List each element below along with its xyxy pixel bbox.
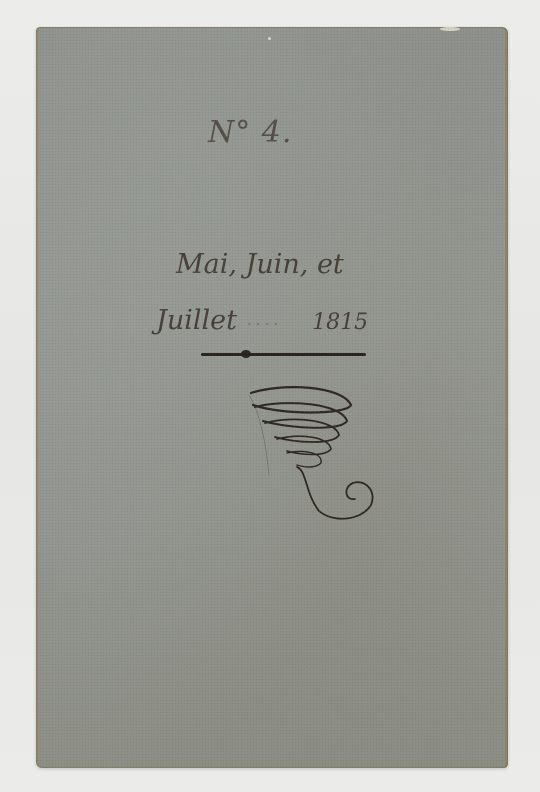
title-line-2: Juillet· · · ·1815 [156, 305, 368, 336]
speck [268, 37, 271, 40]
title-line-1: Mai, Juin, et [176, 249, 344, 280]
worn-edge [440, 27, 460, 31]
calligraphic-flourish-icon [241, 375, 391, 525]
notebook-cover: N° 4. Mai, Juin, et Juillet· · · ·1815 [36, 27, 508, 768]
volume-number: N° 4. [208, 115, 292, 150]
underline-rule [201, 353, 366, 356]
filler-dots: · · · · [247, 317, 278, 333]
month-july: Juillet [156, 305, 237, 336]
year: 1815 [312, 310, 368, 335]
